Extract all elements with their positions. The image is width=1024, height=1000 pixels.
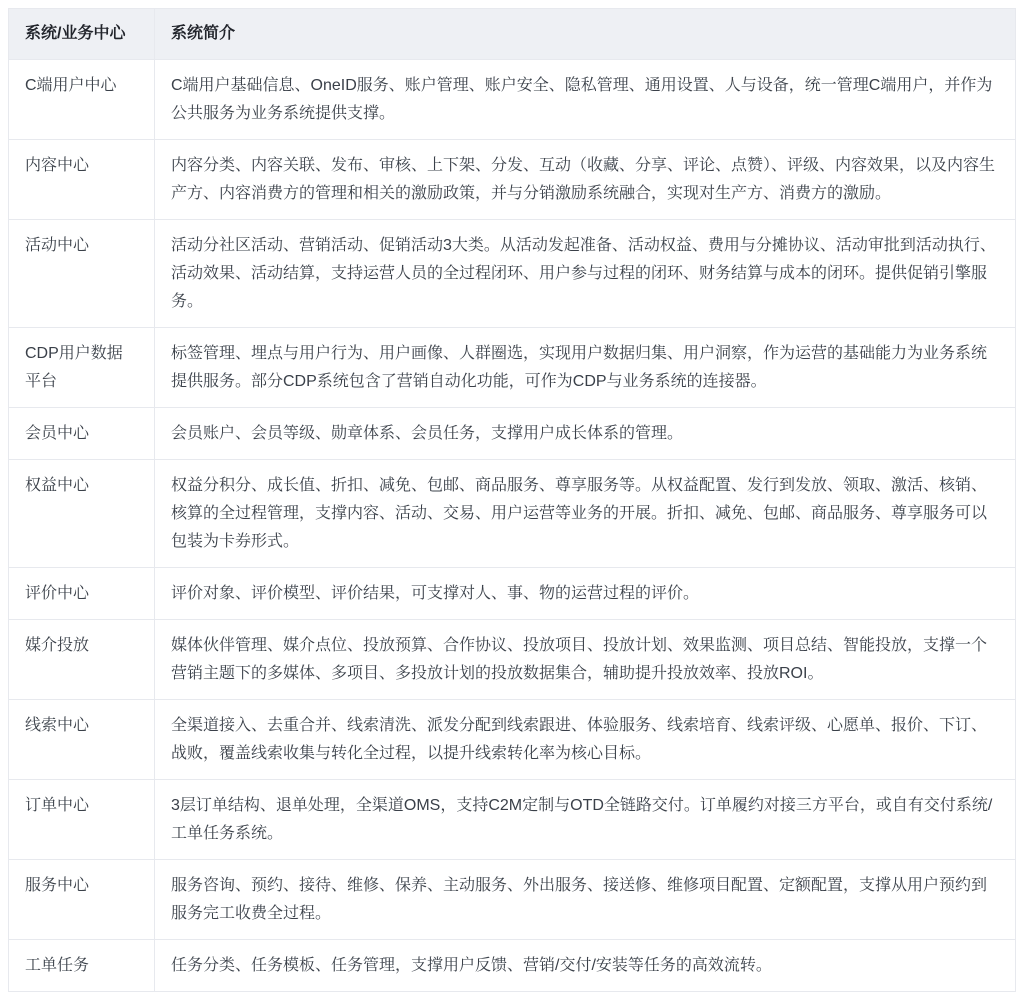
row-name-cell: 线索中心 <box>9 700 155 780</box>
row-name-cell: 媒介投放 <box>9 620 155 700</box>
table-row: 内容中心 内容分类、内容关联、发布、审核、上下架、分发、互动（收藏、分享、评论、… <box>9 140 1016 220</box>
row-desc-cell: 评价对象、评价模型、评价结果，可支撑对人、事、物的运营过程的评价。 <box>155 568 1016 620</box>
table-row: C端用户中心 C端用户基础信息、OneID服务、账户管理、账户安全、隐私管理、通… <box>9 60 1016 140</box>
column-header-system-name: 系统/业务中心 <box>9 9 155 60</box>
row-desc-cell: 标签管理、埋点与用户行为、用户画像、人群圈选，实现用户数据归集、用户洞察，作为运… <box>155 328 1016 408</box>
table-row: 服务中心 服务咨询、预约、接待、维修、保养、主动服务、外出服务、接送修、维修项目… <box>9 860 1016 940</box>
table-row: 线索中心 全渠道接入、去重合并、线索清洗、派发分配到线索跟进、体验服务、线索培育… <box>9 700 1016 780</box>
row-name-cell: 工单任务 <box>9 940 155 992</box>
row-name-cell: CDP用户数据平台 <box>9 328 155 408</box>
table-body: C端用户中心 C端用户基础信息、OneID服务、账户管理、账户安全、隐私管理、通… <box>9 60 1016 992</box>
row-desc-cell: 内容分类、内容关联、发布、审核、上下架、分发、互动（收藏、分享、评论、点赞）、评… <box>155 140 1016 220</box>
row-name-cell: 会员中心 <box>9 408 155 460</box>
row-desc-cell: 服务咨询、预约、接待、维修、保养、主动服务、外出服务、接送修、维修项目配置、定额… <box>155 860 1016 940</box>
row-desc-cell: 权益分积分、成长值、折扣、减免、包邮、商品服务、尊享服务等。从权益配置、发行到发… <box>155 460 1016 568</box>
table-row: 工单任务 任务分类、任务模板、任务管理，支撑用户反馈、营销/交付/安装等任务的高… <box>9 940 1016 992</box>
row-name-cell: 评价中心 <box>9 568 155 620</box>
row-desc-cell: 媒体伙伴管理、媒介点位、投放预算、合作协议、投放项目、投放计划、效果监测、项目总… <box>155 620 1016 700</box>
row-desc-cell: 活动分社区活动、营销活动、促销活动3大类。从活动发起准备、活动权益、费用与分摊协… <box>155 220 1016 328</box>
row-desc-cell: 任务分类、任务模板、任务管理，支撑用户反馈、营销/交付/安装等任务的高效流转。 <box>155 940 1016 992</box>
table-row: 权益中心 权益分积分、成长值、折扣、减免、包邮、商品服务、尊享服务等。从权益配置… <box>9 460 1016 568</box>
row-name-cell: 服务中心 <box>9 860 155 940</box>
row-desc-cell: 会员账户、会员等级、勋章体系、会员任务，支撑用户成长体系的管理。 <box>155 408 1016 460</box>
column-header-system-intro: 系统简介 <box>155 9 1016 60</box>
row-name-cell: 内容中心 <box>9 140 155 220</box>
table-row: 订单中心 3层订单结构、退单处理，全渠道OMS，支持C2M定制与OTD全链路交付… <box>9 780 1016 860</box>
row-desc-cell: 全渠道接入、去重合并、线索清洗、派发分配到线索跟进、体验服务、线索培育、线索评级… <box>155 700 1016 780</box>
table-row: 活动中心 活动分社区活动、营销活动、促销活动3大类。从活动发起准备、活动权益、费… <box>9 220 1016 328</box>
system-overview-table: 系统/业务中心 系统简介 C端用户中心 C端用户基础信息、OneID服务、账户管… <box>8 8 1016 992</box>
table-row: 评价中心 评价对象、评价模型、评价结果，可支撑对人、事、物的运营过程的评价。 <box>9 568 1016 620</box>
row-name-cell: 订单中心 <box>9 780 155 860</box>
page: 系统/业务中心 系统简介 C端用户中心 C端用户基础信息、OneID服务、账户管… <box>0 0 1024 1000</box>
table-header: 系统/业务中心 系统简介 <box>9 9 1016 60</box>
table-row: CDP用户数据平台 标签管理、埋点与用户行为、用户画像、人群圈选，实现用户数据归… <box>9 328 1016 408</box>
row-desc-cell: 3层订单结构、退单处理，全渠道OMS，支持C2M定制与OTD全链路交付。订单履约… <box>155 780 1016 860</box>
row-name-cell: C端用户中心 <box>9 60 155 140</box>
table-row: 媒介投放 媒体伙伴管理、媒介点位、投放预算、合作协议、投放项目、投放计划、效果监… <box>9 620 1016 700</box>
row-name-cell: 权益中心 <box>9 460 155 568</box>
row-name-cell: 活动中心 <box>9 220 155 328</box>
row-desc-cell: C端用户基础信息、OneID服务、账户管理、账户安全、隐私管理、通用设置、人与设… <box>155 60 1016 140</box>
header-row: 系统/业务中心 系统简介 <box>9 9 1016 60</box>
table-row: 会员中心 会员账户、会员等级、勋章体系、会员任务，支撑用户成长体系的管理。 <box>9 408 1016 460</box>
